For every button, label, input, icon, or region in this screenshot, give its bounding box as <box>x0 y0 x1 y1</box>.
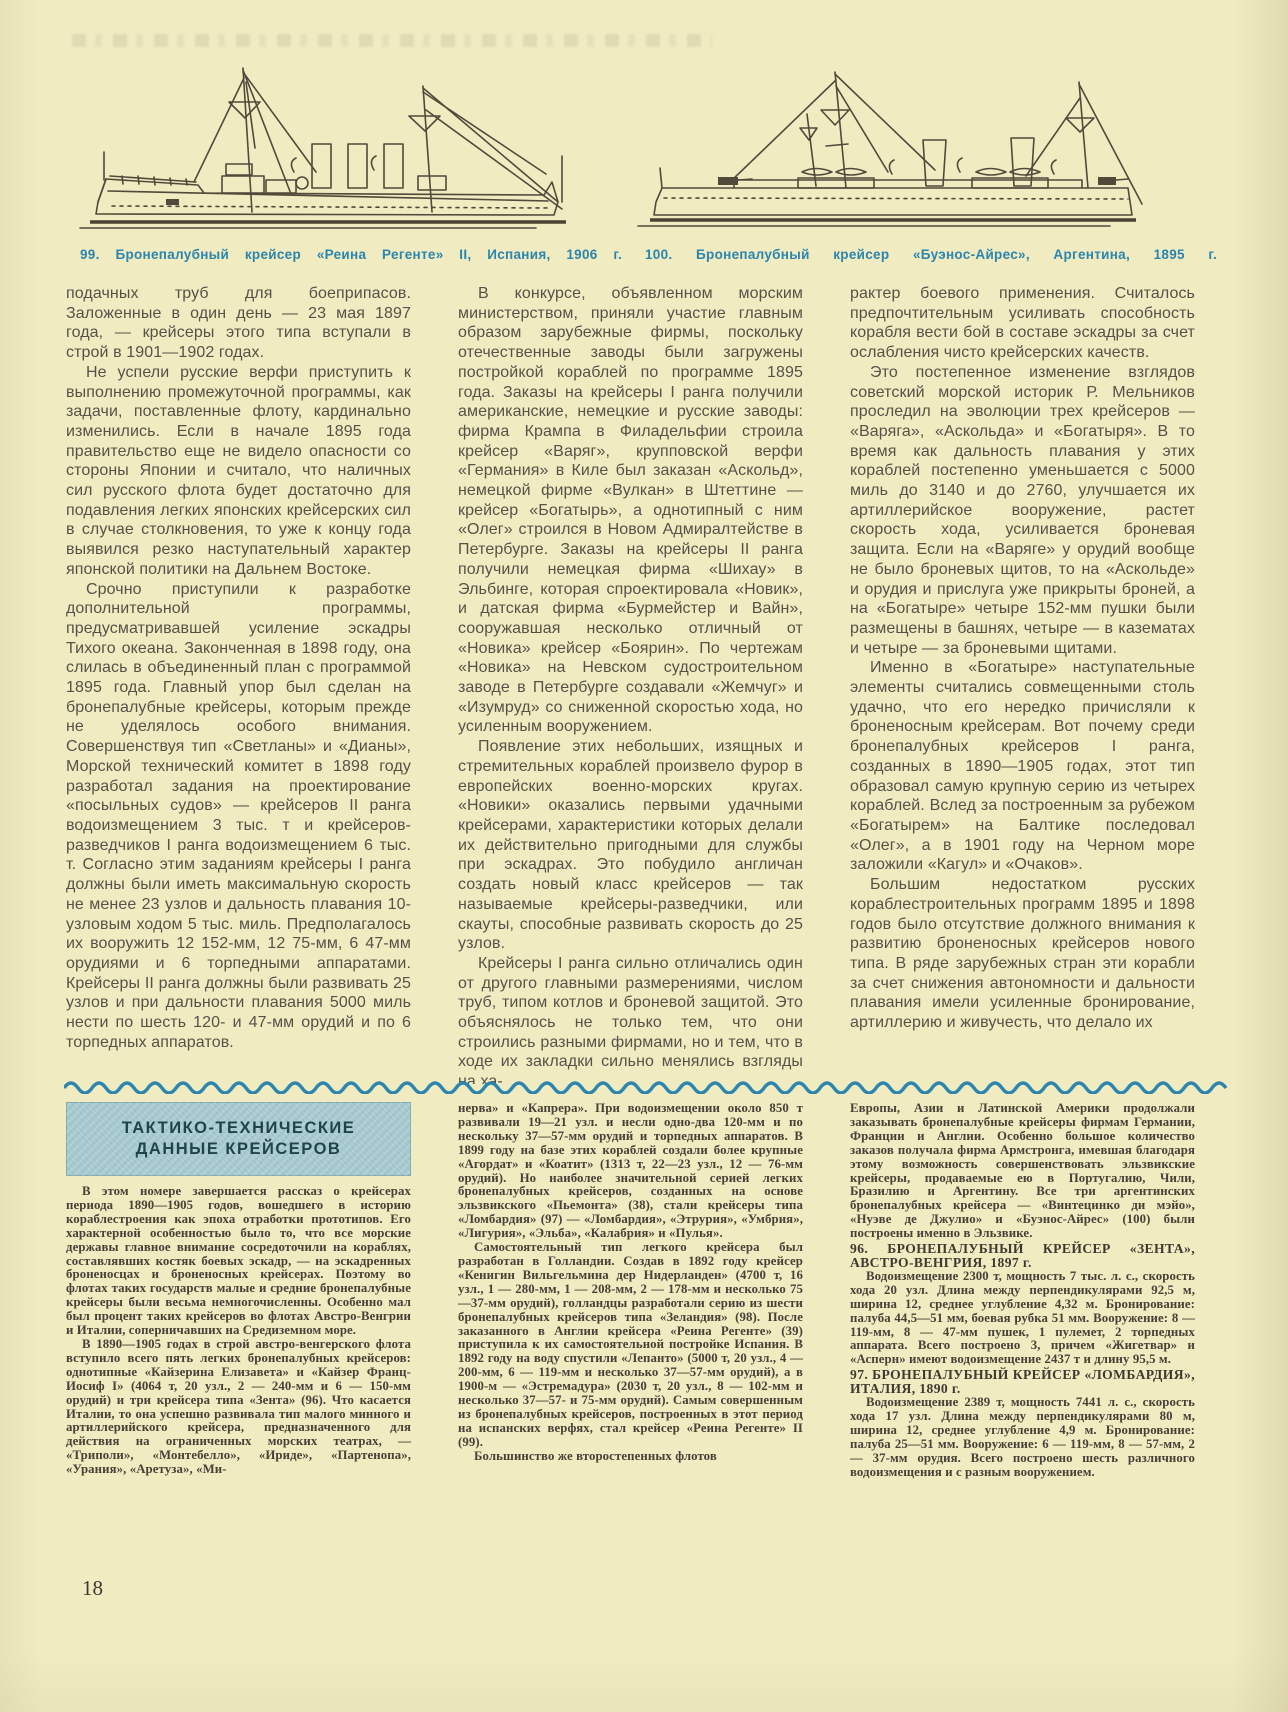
wavy-divider <box>64 1080 1232 1094</box>
paragraph: Крейсеры I ранга сильно отличались один … <box>458 954 803 1084</box>
paragraph: рактер боевого применения. Считалось пре… <box>850 284 1195 363</box>
paragraph: Не успели русские верфи приступить к вып… <box>66 363 411 580</box>
paragraph: В 1890—1905 годах в строй австро-венгерс… <box>66 1338 411 1477</box>
paragraph: Большинство же второстепенных флотов <box>458 1450 803 1464</box>
paragraph: подачных труб для боеприпасов. Заложенны… <box>66 284 411 363</box>
tech-box-title-line1: ТАКТИКО-ТЕХНИЧЕСКИЕ <box>122 1118 356 1139</box>
figure-caption-100: 100. Бронепалубный крейсер «Буэнос-Айрес… <box>645 247 1217 263</box>
figure-reina-regente <box>66 52 586 242</box>
paragraph: Это постепенное изменение взглядов совет… <box>850 363 1195 659</box>
tech-data-header-box: ТАКТИКО-ТЕХНИЧЕСКИЕ ДАННЫЕ КРЕЙСЕРОВ <box>66 1102 411 1176</box>
article-column-1: подачных труб для боеприпасов. Заложенны… <box>66 284 411 1084</box>
article-column-3: рактер боевого применения. Считалось пре… <box>850 284 1195 1084</box>
paragraph: В этом номере завершается рассказ о крей… <box>66 1185 411 1338</box>
paragraph: В конкурсе, объявленном морским министер… <box>458 284 803 737</box>
magazine-page: { "page": { "number": "18" }, "figures":… <box>0 0 1288 1712</box>
ship-spec-heading-97: 97. БРОНЕПАЛУБНЫЙ КРЕЙСЕР «ЛОМБАРДИЯ», И… <box>850 1368 1195 1396</box>
figure-caption-99: 99. Бронепалубный крейсер «Реина Регенте… <box>80 247 622 263</box>
tech-column-1: ТАКТИКО-ТЕХНИЧЕСКИЕ ДАННЫЕ КРЕЙСЕРОВ В э… <box>66 1102 411 1562</box>
ship-drawing-buenos-aires-icon <box>630 52 1150 242</box>
ship-drawing-reina-regente-icon <box>66 52 586 242</box>
ship-spec-body-97: Водоизмещение 2389 т, мощность 7441 л. с… <box>850 1396 1195 1479</box>
paragraph: Срочно приступили к разработке дополните… <box>66 580 411 1053</box>
paragraph: Европы, Азии и Латинской Америки продолж… <box>850 1102 1195 1241</box>
tech-column-2: нерва» и «Капрера». При водоизмещении ок… <box>458 1102 803 1562</box>
paragraph: Самостоятельный тип легкого крейсера был… <box>458 1241 803 1450</box>
page-number: 18 <box>82 1576 103 1601</box>
paragraph: Большим недостатком русских кораблестрои… <box>850 875 1195 1033</box>
tech-box-title-line2: ДАННЫЕ КРЕЙСЕРОВ <box>136 1139 342 1160</box>
paragraph: нерва» и «Капрера». При водоизмещении ок… <box>458 1102 803 1241</box>
paragraph: Появление этих небольших, изящных и стре… <box>458 737 803 954</box>
tech-column-3: Европы, Азии и Латинской Америки продолж… <box>850 1102 1195 1562</box>
article-column-2: В конкурсе, объявленном морским министер… <box>458 284 803 1084</box>
paragraph: Именно в «Богатыре» наступательные элеме… <box>850 658 1195 875</box>
print-bleed-through <box>72 34 712 47</box>
ship-spec-heading-96: 96. БРОНЕПАЛУБНЫЙ КРЕЙСЕР «ЗЕНТА», АВСТР… <box>850 1242 1195 1270</box>
ship-spec-body-96: Водоизмещение 2300 т, мощность 7 тыс. л.… <box>850 1270 1195 1367</box>
figure-buenos-aires <box>630 52 1150 242</box>
